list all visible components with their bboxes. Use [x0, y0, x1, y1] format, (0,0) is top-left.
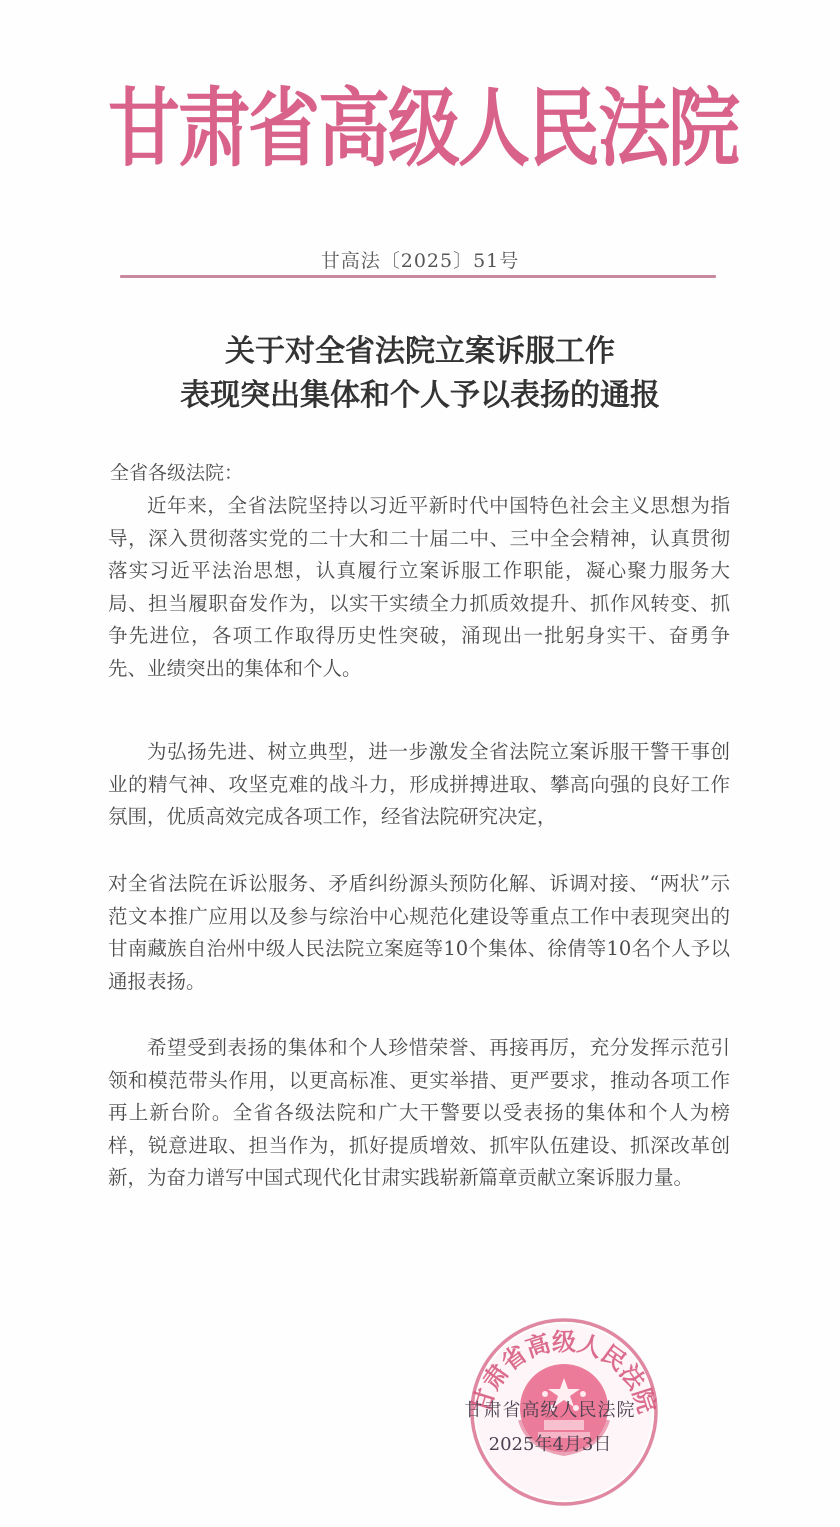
paragraph-text: 希望受到表扬的集体和个人珍惜荣誉、再接再厉，充分发挥示范引领和模范带头作用，以更… — [108, 1032, 730, 1195]
paragraph-text: 对全省法院在诉讼服务、矛盾纠纷源头预防化解、诉调对接、“两状”示范文本推广应用以… — [108, 868, 730, 998]
document-title: 关于对全省法院立案诉服工作 表现突出集体和个人予以表扬的通报 — [0, 330, 840, 418]
court-masthead: 甘肃省高级人民法院 — [108, 72, 728, 185]
document-number: 甘高法〔2025〕51号 — [0, 246, 840, 273]
body-paragraph-1: 近年来，全省法院坚持以习近平新时代中国特色社会主义思想为指导，深入贯彻落实党的二… — [108, 490, 730, 685]
title-line-1: 关于对全省法院立案诉服工作 — [0, 330, 840, 374]
body-paragraph-4: 希望受到表扬的集体和个人珍惜荣誉、再接再厉，充分发挥示范引领和模范带头作用，以更… — [108, 1032, 730, 1195]
issuing-authority-signature: 甘肃省高级人民法院 — [440, 1396, 660, 1422]
title-line-2: 表现突出集体和个人予以表扬的通报 — [0, 374, 840, 418]
body-paragraph-3: 对全省法院在诉讼服务、矛盾纠纷源头预防化解、诉调对接、“两状”示范文本推广应用以… — [108, 868, 730, 998]
body-paragraph-2: 为弘扬先进、树立典型，进一步激发全省法院立案诉服干警干事创业的精气神、攻坚克难的… — [108, 736, 730, 834]
issue-date: 2025年4月3日 — [440, 1430, 660, 1456]
masthead-divider — [120, 275, 716, 278]
paragraph-text: 近年来，全省法院坚持以习近平新时代中国特色社会主义思想为指导，深入贯彻落实党的二… — [108, 490, 730, 685]
salutation: 全省各级法院： — [110, 458, 243, 485]
paragraph-text: 为弘扬先进、树立典型，进一步激发全省法院立案诉服干警干事创业的精气神、攻坚克难的… — [108, 736, 730, 834]
official-notice-page: 甘肃省高级人民法院 甘高法〔2025〕51号 关于对全省法院立案诉服工作 表现突… — [0, 0, 840, 1527]
